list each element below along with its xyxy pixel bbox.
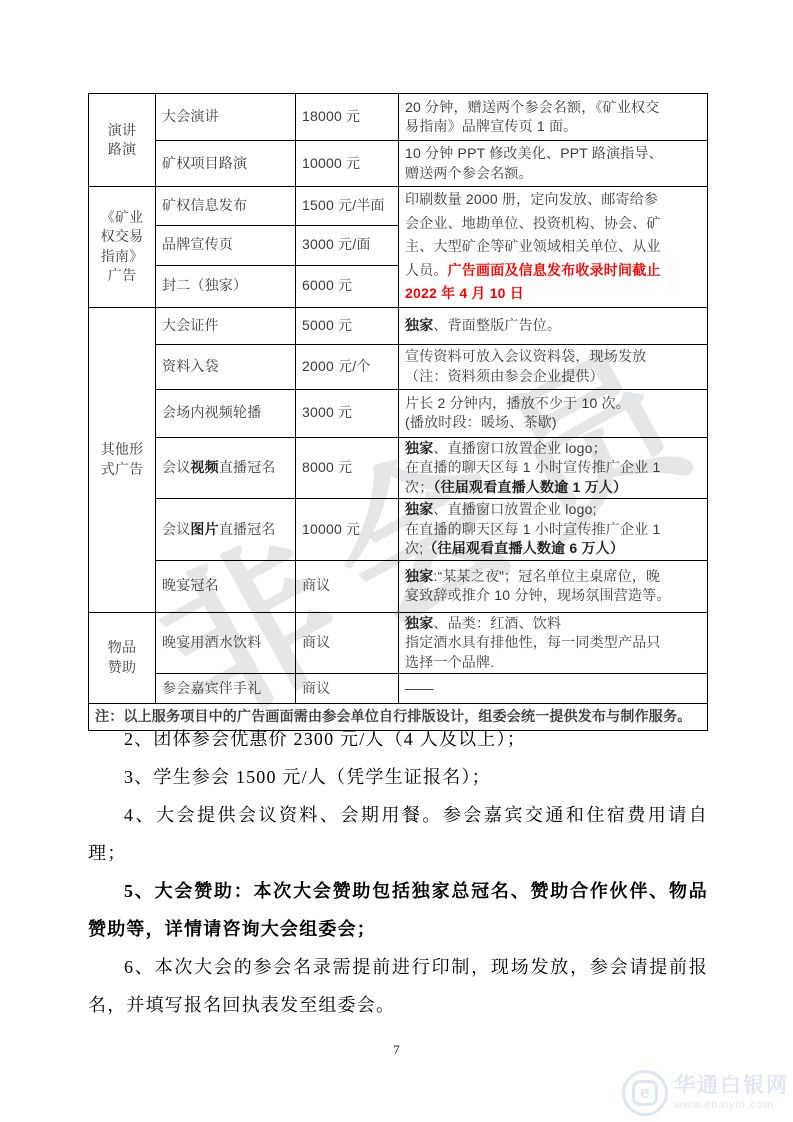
text-segment: 品牌宣传页 [162,236,233,252]
item-cell: 会议视频直播冠名 [156,437,296,499]
text-segment: 会议 [162,459,190,475]
desc-cell: 独家、背面整版广告位。 [399,307,708,344]
item-cell: 矿权信息发布 [156,187,296,226]
text-segment: :“某某之夜”；冠名单位主桌席位，晚 [433,568,660,584]
table-row: 会议图片直播冠名10000 元独家、直播窗口放置企业 logo;在直播的聊天区每… [89,499,708,561]
price-cell: 10000 元 [296,141,399,187]
text-segment: 直播冠名 [219,459,276,475]
body-paragraphs: 2、团体参会优惠价 2300 元/人（4 人及以上）；3、学生参会 1500 元… [88,720,708,1024]
text-segment: 在直播的聊天区每 1 小时宣传推广企业 1 [405,459,660,475]
category-cell: 演讲路演 [89,94,156,187]
text-segment: 大会证件 [162,317,219,333]
item-cell: 晚宴用酒水饮料 [156,612,296,674]
text-segment: 次； [405,479,433,495]
price-cell: 商议 [296,612,399,674]
text-segment: 独家 [405,501,433,517]
table-row: 矿权项目路演10000 元10 分钟 PPT 修改美化、PPT 路演指导、赠送两… [89,141,708,187]
text-segment: （往届观看直播人数逾 1 万人） [433,479,627,495]
item-cell: 品牌宣传页 [156,225,296,265]
text-segment: 人员。 [405,262,448,278]
text-segment: 宴致辞或推介 10 分钟，现场氛围营造等。 [405,587,671,603]
desc-cell: 独家、品类：红酒、饮料指定酒水具有排他性，每一同类型产品只选择一个品牌. [399,612,708,674]
table-row: 其他形式广告大会证件5000 元独家、背面整版广告位。 [89,307,708,344]
table-row: 物品赞助晚宴用酒水饮料商议独家、品类：红酒、饮料指定酒水具有排他性，每一同类型产… [89,612,708,674]
text-segment: 片长 2 分钟内，播放不少于 10 次。 [405,395,630,411]
desc-cell: 20 分钟，赠送两个参会名额，《矿业权交易指南》品牌宣传页 1 面。 [399,94,708,141]
text-segment: 晚宴用酒水饮料 [162,634,261,650]
brand-logo-letter: e [632,1080,658,1106]
text-segment: 赠送两个参会名额。 [405,165,533,181]
category-cell: 物品赞助 [89,612,156,704]
table-row: 晚宴冠名商议独家:“某某之夜”；冠名单位主桌席位，晚宴致辞或推介 10 分钟，现… [89,560,708,612]
text-segment: 独家 [405,568,433,584]
item-cell: 晚宴冠名 [156,560,296,612]
text-segment: 在直播的聊天区每 1 小时宣传推广企业 1 [405,521,660,537]
price-cell: 商议 [296,560,399,612]
item-cell: 会场内视频轮播 [156,389,296,437]
text-segment: 参会嘉宾伴手礼 [162,680,261,696]
text-segment: 视频 [190,459,218,475]
desc-cell: —— [399,674,708,704]
table-row: 会场内视频轮播3000 元片长 2 分钟内，播放不少于 10 次。(播放时段：暖… [89,389,708,437]
text-segment: 20 分钟，赠送两个参会名额，《矿业权交 [405,99,659,115]
text-segment: 图片 [190,521,218,537]
desc-cell: 10 分钟 PPT 修改美化、PPT 路演指导、赠送两个参会名额。 [399,141,708,187]
pricing-table-body: 演讲路演大会演讲18000 元20 分钟，赠送两个参会名额，《矿业权交易指南》品… [89,94,708,731]
table-row: 会议视频直播冠名8000 元独家、直播窗口放置企业 logo；在直播的聊天区每 … [89,437,708,499]
table-row: 《矿业权交易指南》广告矿权信息发布1500 元/半面印刷数量 2000 册，定向… [89,187,708,226]
brand-watermark: e 华通白银网 www.ebaiyin.com [622,1070,789,1116]
price-cell: 3000 元 [296,389,399,437]
text-segment: —— [405,680,433,696]
text-segment: 晚宴冠名 [162,577,219,593]
desc-cell: 独家、直播窗口放置企业 logo;在直播的聊天区每 1 小时宣传推广企业 1次;… [399,499,708,561]
text-segment: 、背面整版广告位。 [433,317,561,333]
text-segment: 广告画面及信息发布收录时间截止 [448,262,661,278]
text-segment: 独家 [405,615,433,631]
item-cell: 会议图片直播冠名 [156,499,296,561]
text-segment: 直播冠名 [219,521,276,537]
item-cell: 大会演讲 [156,94,296,141]
paragraph: 2、团体参会优惠价 2300 元/人（4 人及以上）； [88,720,708,758]
document-page: 非会员 演讲路演大会演讲18000 元20 分钟，赠送两个参会名额，《矿业权交易… [0,0,793,1122]
text-segment: 、品类：红酒、饮料 [433,615,561,631]
price-cell: 1500 元/半面 [296,187,399,226]
text-segment: 矿权项目路演 [162,155,247,171]
item-cell: 参会嘉宾伴手礼 [156,674,296,704]
text-segment: 10 分钟 PPT 修改美化、PPT 路演指导、 [405,145,663,161]
price-cell: 3000 元/面 [296,225,399,265]
text-segment: 独家 [405,317,433,333]
text-segment: 、直播窗口放置企业 logo; [433,501,596,517]
item-cell: 资料入袋 [156,344,296,389]
text-segment: 选择一个品牌. [405,654,494,670]
table-row: 演讲路演大会演讲18000 元20 分钟，赠送两个参会名额，《矿业权交易指南》品… [89,94,708,141]
page-number: 7 [0,1042,793,1058]
text-segment: 指定酒水具有排他性，每一同类型产品只 [405,634,661,650]
desc-cell: 片长 2 分钟内，播放不少于 10 次。(播放时段：暖场、茶歇) [399,389,708,437]
category-cell: 其他形式广告 [89,307,156,612]
price-cell: 6000 元 [296,265,399,307]
text-segment: （往届观看直播人数逾 6 万人） [423,540,624,556]
text-segment: 矿权信息发布 [162,197,247,213]
price-cell: 5000 元 [296,307,399,344]
brand-logo-icon: e [622,1070,668,1116]
text-segment: 会议 [162,521,190,537]
price-cell: 2000 元/个 [296,344,399,389]
desc-cell: 独家、直播窗口放置企业 logo；在直播的聊天区每 1 小时宣传推广企业 1次；… [399,437,708,499]
text-segment: 易指南》品牌宣传页 1 面。 [405,118,577,134]
brand-name: 华通白银网 [674,1074,789,1098]
text-segment: 资料入袋 [162,358,219,374]
desc-cell: 独家:“某某之夜”；冠名单位主桌席位，晚宴致辞或推介 10 分钟，现场氛围营造等… [399,560,708,612]
price-cell: 18000 元 [296,94,399,141]
paragraph: 4、大会提供会议资料、会期用餐。参会嘉宾交通和住宿费用请自理； [88,796,708,872]
text-segment: 主、大型矿企等矿业领域相关单位、从业 [405,238,661,254]
text-segment: 封二（独家） [162,277,247,293]
text-segment: 、直播窗口放置企业 logo； [433,440,606,456]
item-cell: 大会证件 [156,307,296,344]
text-segment: (播放时段：暖场、茶歇) [405,414,557,430]
text-segment: 会企业、地勘单位、投资机构、协会、矿 [405,215,661,231]
brand-url: www.ebaiyin.com [674,1098,789,1112]
text-segment: 次; [405,540,423,556]
text-segment: 会场内视频轮播 [162,404,261,420]
table-row: 参会嘉宾伴手礼商议—— [89,674,708,704]
paragraph: 5、大会赞助：本次大会赞助包括独家总冠名、赞助合作伙伴、物品赞助等，详情请咨询大… [88,872,708,948]
text-segment: 大会演讲 [162,108,219,124]
table-row: 资料入袋2000 元/个宣传资料可放入会议资料袋，现场发放（注：资料须由参会企业… [89,344,708,389]
text-segment: 宣传资料可放入会议资料袋，现场发放 [405,348,646,364]
text-segment: 印刷数量 2000 册，定向发放、邮寄给参 [405,191,658,207]
paragraph: 3、学生参会 1500 元/人（凭学生证报名）； [88,758,708,796]
price-cell: 商议 [296,674,399,704]
category-cell: 《矿业权交易指南》广告 [89,187,156,308]
price-cell: 10000 元 [296,499,399,561]
paragraph: 6、本次大会的参会名录需提前进行印制，现场发放，参会请提前报名，并填写报名回执表… [88,948,708,1024]
desc-cell: 宣传资料可放入会议资料袋，现场发放（注：资料须由参会企业提供） [399,344,708,389]
sponsorship-pricing-table: 演讲路演大会演讲18000 元20 分钟，赠送两个参会名额，《矿业权交易指南》品… [88,93,708,731]
desc-cell: 印刷数量 2000 册，定向发放、邮寄给参会企业、地勘单位、投资机构、协会、矿主… [399,187,708,308]
price-cell: 8000 元 [296,437,399,499]
item-cell: 矿权项目路演 [156,141,296,187]
text-segment: 2022 年 4 月 10 日 [405,285,524,301]
brand-watermark-text: 华通白银网 www.ebaiyin.com [674,1074,789,1112]
item-cell: 封二（独家） [156,265,296,307]
text-segment: 独家 [405,440,433,456]
text-segment: （注：资料须由参会企业提供） [405,368,604,384]
